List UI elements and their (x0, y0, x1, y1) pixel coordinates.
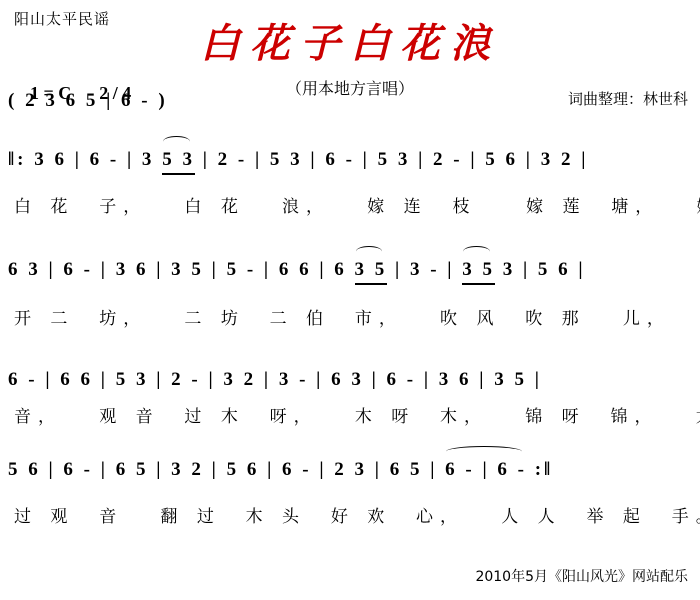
notation-slur-group: 5 3 (162, 148, 195, 175)
notation-line-4: 5 6 | 6 - | 6 5 | 3 2 | 5 6 | 6 - | 2 3 … (8, 458, 698, 482)
notation-segment: 5 6 | 6 - | 6 5 | 3 2 | 5 6 | 6 - | 2 3 … (8, 458, 445, 482)
song-title: 白花子白花浪 (0, 12, 700, 69)
lyrics-line-3: 音， 观 音 过 木 呀， 木 呀 木， 锦 呀 锦， 大 姐 骑 马 (14, 402, 698, 427)
notation-slur-group: 3 5 (355, 258, 388, 285)
notation-segment: 3 | 5 6 | (495, 258, 586, 282)
lyrics-line-2: 开 二 坊， 二 坊 二 伯 市， 吹 风 吹 那 儿， 那 儿 过 观 (14, 304, 698, 329)
notation-segment: ‖: 3 6 | 6 - | 3 (8, 148, 162, 172)
notation-line-2: 6 3 | 6 - | 3 6 | 3 5 | 5 - | 6 6 | 6 3 … (8, 258, 698, 285)
notation-segment: 6 - | 6 6 | 5 3 | 2 - | 3 2 | 3 - | 6 3 … (8, 368, 542, 392)
lyrics-line-4: 过 观 音 翻 过 木 头 好 欢 心， 人 人 举 起 手。 (14, 502, 698, 527)
notation-segment: 6 3 | 6 - | 3 6 | 3 5 | 5 - | 6 6 | 6 (8, 258, 355, 282)
notation-line-3: 6 - | 6 6 | 5 3 | 2 - | 3 2 | 3 - | 6 3 … (8, 368, 698, 392)
notation-line-1: ‖: 3 6 | 6 - | 3 5 3 | 2 - | 5 3 | 6 - |… (8, 148, 698, 175)
arranger-credit: 词曲整理：林世科 (568, 88, 688, 109)
slur-arc (463, 246, 490, 257)
lyrics-line-1: 白 花 子， 白 花 浪， 嫁 连 枝 嫁 莲 塘， 嫁 开 莲 塘 (14, 192, 698, 217)
slur-arc (356, 246, 383, 257)
slur-arc (163, 136, 190, 147)
footer-credit: 2010年5月《阳山风光》网站配乐 (475, 566, 688, 586)
slur-arc (446, 446, 522, 457)
notation-segment: | 2 - | 5 3 | 6 - | 5 3 | 2 - | 5 6 | 3 … (195, 148, 588, 172)
intro-phrase: ( 2 3 6 5 | 6 - ) (8, 90, 168, 112)
notation-segment: :‖ (527, 458, 553, 482)
notation-slur-group: 3 5 (462, 258, 495, 285)
notation-slur-group: 6 - | 6 - (445, 458, 527, 482)
notation-segment: | 3 - | (387, 258, 462, 282)
